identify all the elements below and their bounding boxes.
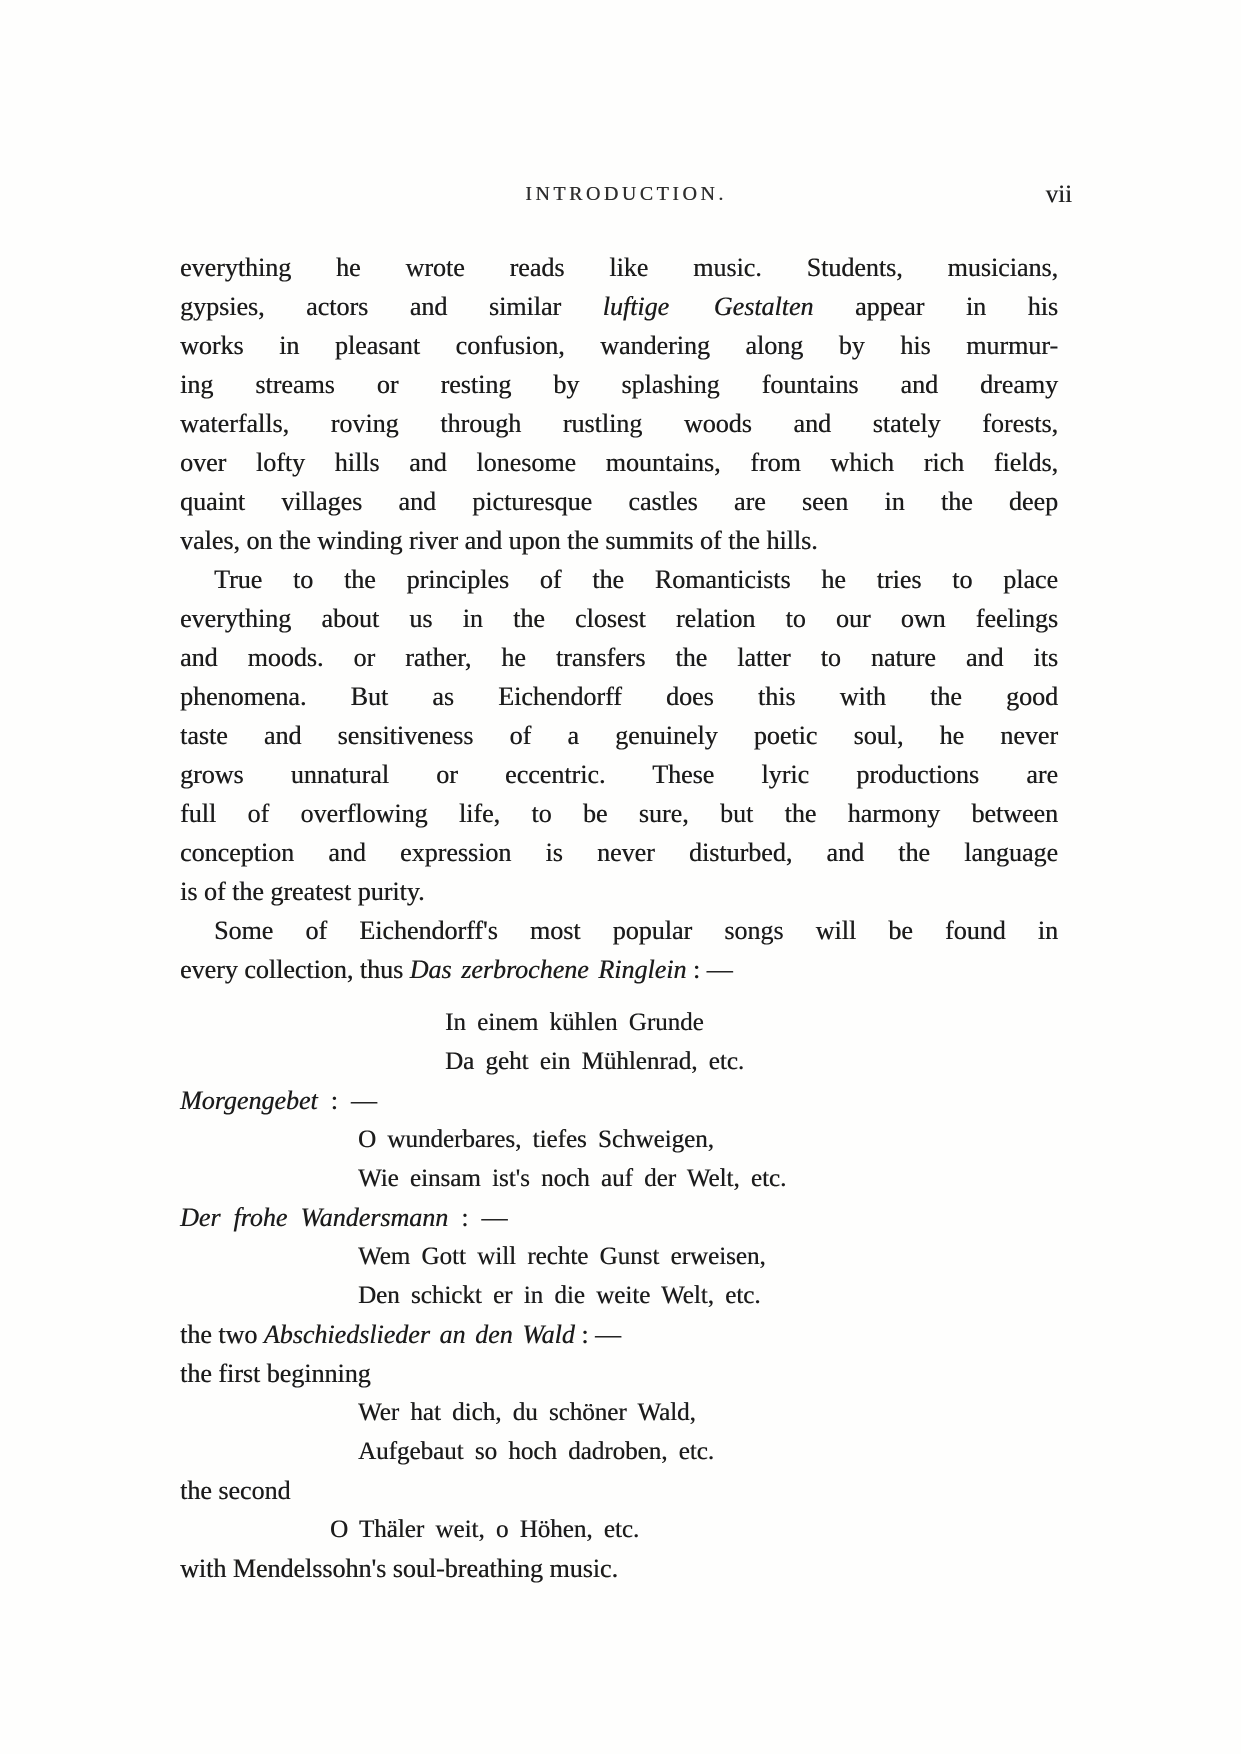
text-line: ing streams or resting by splashing foun… (180, 365, 1058, 404)
italic-phrase: luftige Gestalten (603, 292, 814, 321)
text-line-second: the second (180, 1471, 1058, 1510)
text-line: waterfalls, roving through rustling wood… (180, 404, 1058, 443)
song-title-italic: Abschiedslieder an den Wald (264, 1320, 575, 1349)
song-title-morgengebet: Morgengebet : — (180, 1081, 1058, 1120)
text-line-closing: with Mendelssohn's soul-breathing music. (180, 1549, 1058, 1588)
text-line: and moods. or rather, he transfers the l… (180, 638, 1058, 677)
verse-block-3: Wem Gott will rechte Gunst erweisen, Den… (180, 1237, 1058, 1315)
text-line-two-songs: the two Abschiedslieder an den Wald : — (180, 1315, 1058, 1354)
verse-line: O Thäler weit, o Höhen, etc. (180, 1510, 1058, 1549)
dash: : — (318, 1086, 377, 1115)
text-line: quaint villages and picturesque castles … (180, 482, 1058, 521)
text-line: everything he wrote reads like music. St… (180, 248, 1058, 287)
verse-line: Wie einsam ist's noch auf der Welt, etc. (180, 1159, 1058, 1198)
dash: : — (448, 1203, 507, 1232)
text-line: gypsies, actors and similar luftige Gest… (180, 287, 1058, 326)
text-line: taste and sensitiveness of a genuinely p… (180, 716, 1058, 755)
text-line: over lofty hills and lonesome mountains,… (180, 443, 1058, 482)
song-title-wandersmann: Der frohe Wandersmann : — (180, 1198, 1058, 1237)
verse-block-4: Wer hat dich, du schöner Wald, Aufgebaut… (180, 1393, 1058, 1471)
text-line-first-beginning: the first beginning (180, 1354, 1058, 1393)
text-line: grows unnatural or eccentric. These lyri… (180, 755, 1058, 794)
body-text: everything he wrote reads like music. St… (180, 248, 1058, 1588)
page-header: INTRODUCTION. vii (180, 183, 1072, 213)
text-line: everything about us in the closest relat… (180, 599, 1058, 638)
verse-line: Den schickt er in die weite Welt, etc. (180, 1276, 1058, 1315)
verse-line: Da geht ein Mühlenrad, etc. (180, 1042, 1058, 1081)
verse-line: O wunderbares, tiefes Schweigen, (180, 1120, 1058, 1159)
book-page: INTRODUCTION. vii everything he wrote re… (0, 0, 1241, 1754)
text-line: works in pleasant confusion, wandering a… (180, 326, 1058, 365)
verse-block-2: O wunderbares, tiefes Schweigen, Wie ein… (180, 1120, 1058, 1198)
text-line: full of overflowing life, to be sure, bu… (180, 794, 1058, 833)
song-title-italic: Das zerbrochene Ringlein (410, 955, 687, 984)
text-line: conception and expression is never distu… (180, 833, 1058, 872)
text-line: Some of Eichendorff's most popular songs… (180, 911, 1058, 950)
verse-line: Wer hat dich, du schöner Wald, (180, 1393, 1058, 1432)
text-line: phenomena. But as Eichendorff does this … (180, 677, 1058, 716)
paragraph-2: True to the principles of the Romanticis… (180, 560, 1058, 911)
verse-block-5: O Thäler weit, o Höhen, etc. (180, 1510, 1058, 1549)
page-title: INTRODUCTION. (180, 183, 1072, 206)
verse-block-1: In einem kühlen Grunde Da geht ein Mühle… (180, 1003, 1058, 1081)
paragraph-3: Some of Eichendorff's most popular songs… (180, 911, 1058, 989)
text-line: True to the principles of the Romanticis… (180, 560, 1058, 599)
text-line: every collection, thus Das zerbrochene R… (180, 950, 1058, 989)
verse-line: Aufgebaut so hoch dadroben, etc. (180, 1432, 1058, 1471)
verse-line: Wem Gott will rechte Gunst erweisen, (180, 1237, 1058, 1276)
page-number: vii (1046, 181, 1072, 209)
text-line: vales, on the winding river and upon the… (180, 521, 1058, 560)
verse-line: In einem kühlen Grunde (180, 1003, 1058, 1042)
paragraph-1: everything he wrote reads like music. St… (180, 248, 1058, 560)
text-line: is of the greatest purity. (180, 872, 1058, 911)
